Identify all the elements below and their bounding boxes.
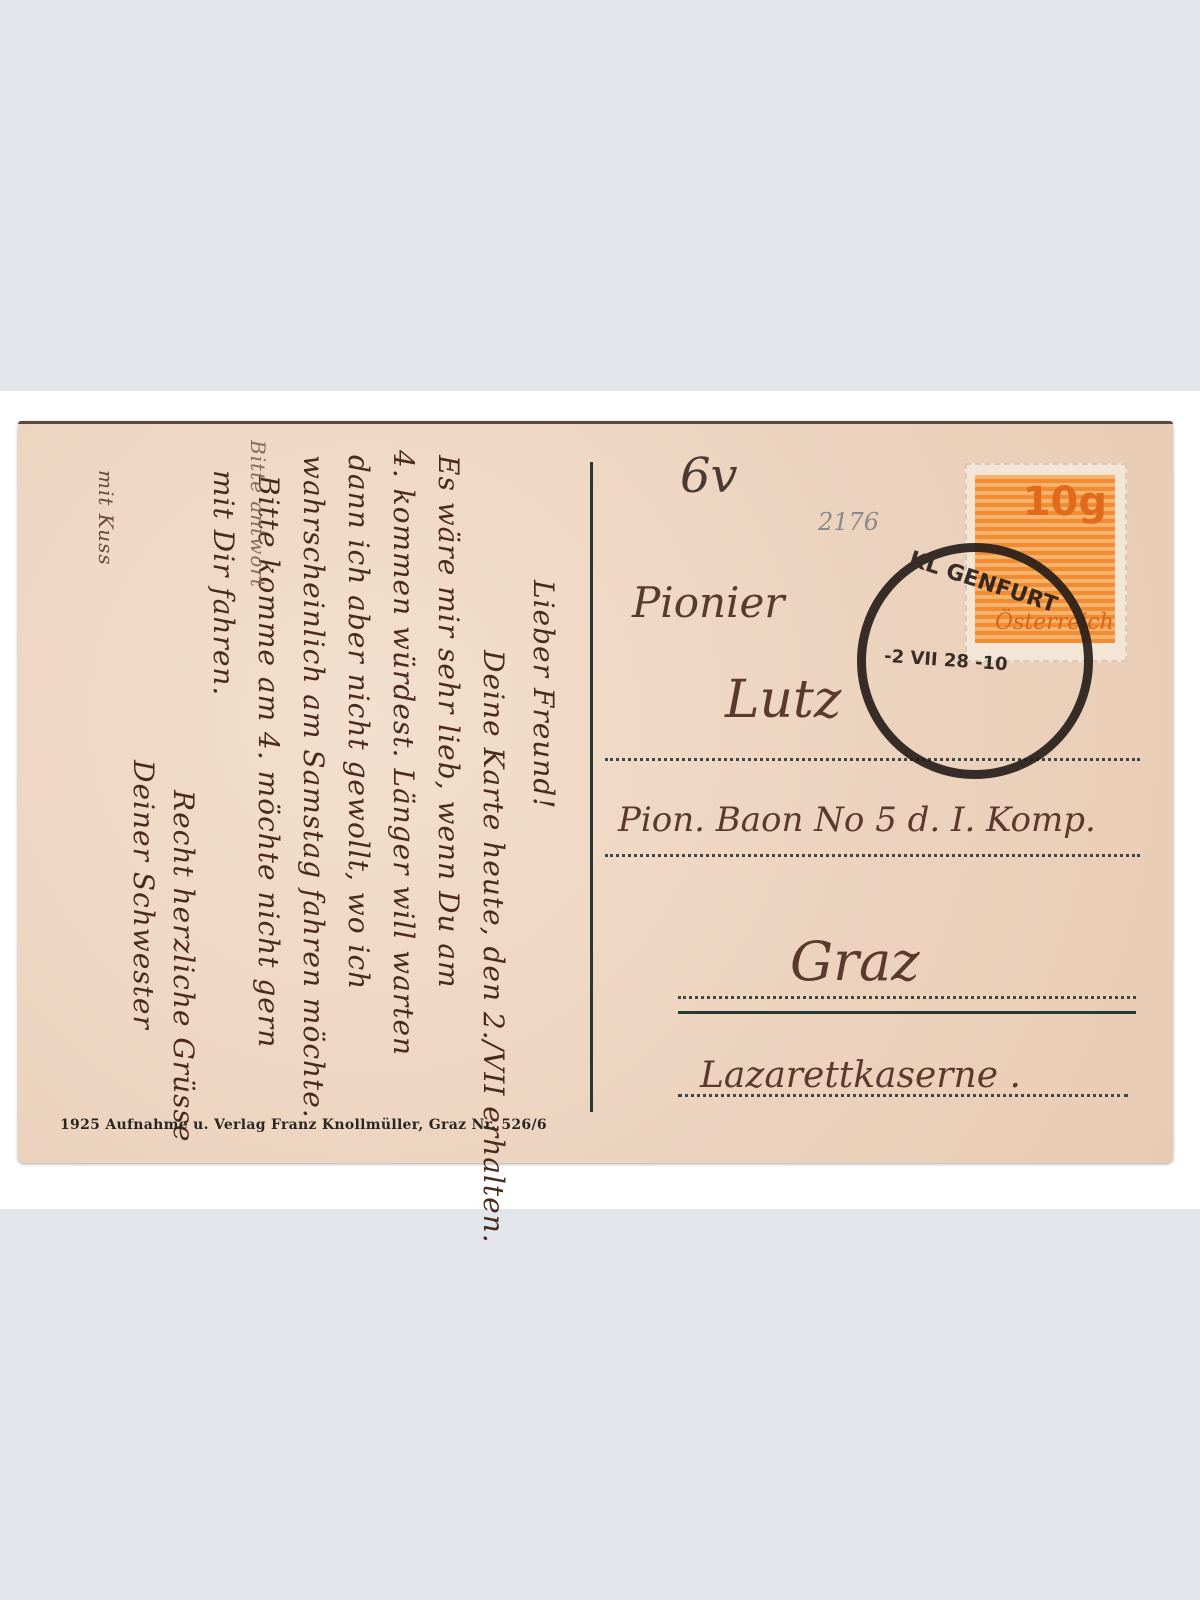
pencil-mark: 6v (680, 448, 738, 504)
message-line: Es wäre mir sehr lieb, wenn Du am (432, 455, 465, 989)
stamp-value: 10g (1023, 479, 1107, 525)
message-line: wahrscheinlich am Samstag fahren möchte. (297, 455, 330, 1119)
address-line-1 (605, 758, 1140, 761)
recipient-city: Graz (790, 930, 920, 993)
message-line: dann ich aber nicht gewollt, wo ich (342, 455, 375, 990)
recipient-unit: Pion. Baon No 5 d. I. Komp. (618, 800, 1096, 840)
postmark-date: -2 VII 28 -10 (883, 646, 1008, 676)
message-line: mit Dir fahren. (207, 470, 240, 696)
recipient-title: Pionier (632, 578, 784, 627)
message-line: 4. kommen würdest. Länger will warten (387, 450, 420, 1056)
address-line-2 (605, 854, 1140, 857)
recipient-name: Lutz (725, 670, 841, 730)
message-line: Deiner Schwester (127, 760, 160, 1030)
recipient-barracks: Lazarettkaserne . (700, 1055, 1021, 1096)
address-line-3 (678, 996, 1136, 999)
side-note: mit Kuss (94, 470, 118, 566)
postcard-top-edge (18, 421, 1173, 424)
margin-note: Bitte antwort (246, 440, 270, 588)
publisher-imprint: 1925 Aufnahme u. Verlag Franz Knollmülle… (60, 1117, 547, 1133)
message-line: Recht herzliche Grüsse (167, 790, 200, 1142)
message-line: Deine Karte heute, den 2./VII erhalten. (477, 650, 510, 1244)
salutation: Lieber Freund! (527, 580, 560, 810)
center-divider (590, 462, 593, 1112)
postmark: KL GENFURT -2 VII 28 -10 (857, 543, 1093, 779)
address-line-4 (678, 1094, 1128, 1097)
city-underline (678, 1011, 1136, 1014)
pencil-number: 2176 (818, 508, 879, 536)
